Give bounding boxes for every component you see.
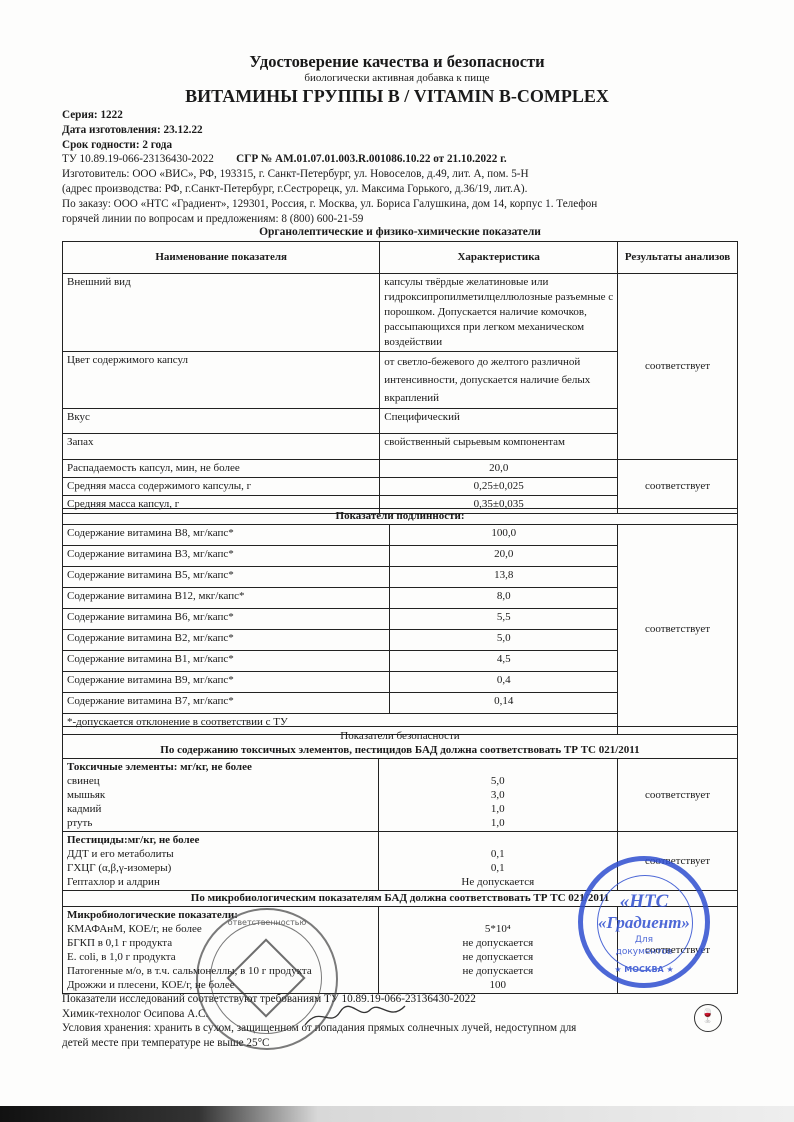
row-value: капсулы твёрдые желатиновые или гидрокси… — [380, 274, 618, 352]
tu-sgr-line: ТУ 10.89.19-066-23136430-2022 СГР № АМ.0… — [62, 152, 752, 167]
vitamin-name: Содержание витамина В6, мг/капс* — [63, 609, 390, 630]
authenticity-section-title: Показатели подлинности: — [63, 509, 738, 525]
wine-glass-fork-icon: 🍷 — [694, 1004, 722, 1032]
storage-conditions-cont: детей месте при температуре не выше 25°С — [62, 1036, 742, 1051]
pesticides-values: 0,1 0,1 Не допускается — [378, 832, 618, 891]
col-header-results: Результаты анализов — [618, 242, 738, 274]
row-value: от светло-бежевого до желтого различной … — [380, 352, 618, 409]
toxic-elements-names: Токсичные элементы: мг/кг, не более свин… — [63, 759, 379, 832]
row-value: 20,0 — [380, 460, 618, 478]
vitamin-name: Содержание витамина В5, мг/капс* — [63, 567, 390, 588]
vitamin-name: Содержание витамина В3, мг/капс* — [63, 546, 390, 567]
organoleptic-table: Наименование показателя Характеристика Р… — [62, 241, 738, 514]
order-line: По заказу: ООО «НТС «Градиент», 129301, … — [62, 197, 752, 212]
row-value: Специфический — [380, 409, 618, 434]
row-name: Вкус — [63, 409, 380, 434]
vitamin-name: Содержание витамина В2, мг/капс* — [63, 630, 390, 651]
mfg-date-line: Дата изготовления: 23.12.22 — [62, 123, 752, 138]
row-value: свойственный сырьевым компонентам — [380, 434, 618, 460]
row-name: Запах — [63, 434, 380, 460]
production-address: (адрес производства: РФ, г.Санкт-Петербу… — [62, 182, 752, 197]
shelf-life-line: Срок годности: 2 года — [62, 138, 752, 153]
toxic-elements-values: 5,0 3,0 1,0 1,0 — [378, 759, 618, 832]
pesticides-names: Пестициды:мг/кг, не более ДДТ и его мета… — [63, 832, 379, 891]
vitamin-value: 5,5 — [390, 609, 618, 630]
row-value: 0,25±0,025 — [380, 478, 618, 496]
result-cell: соответствует — [618, 460, 738, 514]
safety-section-title: Показатели безопасности По содержанию то… — [63, 727, 738, 759]
vitamin-name: Содержание витамина В12, мкг/капс* — [63, 588, 390, 609]
organoleptic-section-title: Органолептические и физико-химические по… — [62, 226, 738, 238]
scan-edge — [0, 1106, 794, 1122]
vitamin-value: 13,8 — [390, 567, 618, 588]
result-cell: соответствует — [618, 759, 738, 832]
result-cell: соответствует — [618, 525, 738, 735]
hotline-line: горячей линии по вопросам и предложениям… — [62, 212, 752, 227]
vitamin-value: 8,0 — [390, 588, 618, 609]
series-line: Серия: 1222 — [62, 108, 752, 123]
row-name: Распадаемость капсул, мин, не более — [63, 460, 380, 478]
vitamin-value: 100,0 — [390, 525, 618, 546]
meta-block: Серия: 1222 Дата изготовления: 23.12.22 … — [62, 108, 752, 226]
row-name: Цвет содержимого капсул — [63, 352, 380, 409]
document-subtitle: биологически активная добавка к пище — [0, 72, 794, 84]
row-name: Средняя масса содержимого капсулы, г — [63, 478, 380, 496]
col-header-name: Наименование показателя — [63, 242, 380, 274]
document-title: Удостоверение качества и безопасности — [0, 52, 794, 72]
product-name: ВИТАМИНЫ ГРУППЫ В / VITAMIN B-COMPLEX — [0, 86, 794, 107]
row-name: Внешний вид — [63, 274, 380, 352]
vitamin-name: Содержание витамина В9, мг/капс* — [63, 672, 390, 693]
vitamin-name: Содержание витамина В1, мг/капс* — [63, 651, 390, 672]
vitamin-value: 5,0 — [390, 630, 618, 651]
manufacturer-line: Изготовитель: ООО «ВИС», РФ, 193315, г. … — [62, 167, 752, 182]
result-cell: соответствует — [618, 274, 738, 460]
vitamin-value: 4,5 — [390, 651, 618, 672]
col-header-characteristic: Характеристика — [380, 242, 618, 274]
vitamin-value: 0,4 — [390, 672, 618, 693]
authenticity-table: Показатели подлинности: Содержание витам… — [62, 508, 738, 735]
vitamin-value: 0,14 — [390, 693, 618, 714]
signature — [300, 1000, 410, 1030]
vitamin-name: Содержание витамина В7, мг/капс* — [63, 693, 390, 714]
vitamin-name: Содержание витамина В8, мг/капс* — [63, 525, 390, 546]
company-stamp: «НТС «Градиент» Для документов ★ МОСКВА … — [578, 856, 710, 988]
vitamin-value: 20,0 — [390, 546, 618, 567]
